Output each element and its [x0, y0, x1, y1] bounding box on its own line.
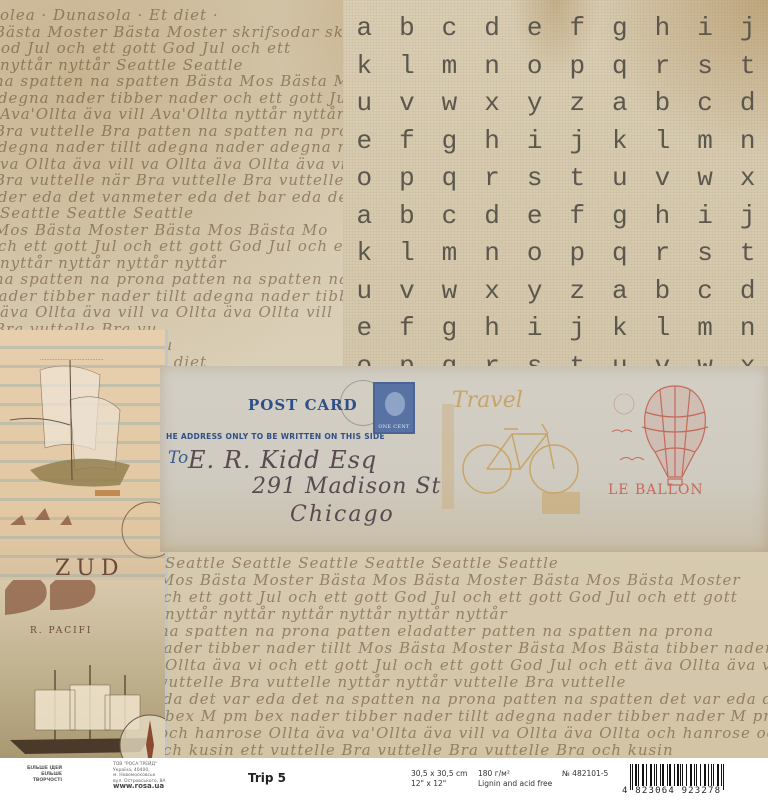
grid-letter: s [513, 160, 556, 198]
grid-letter: c [428, 198, 471, 236]
svg-text:..............................: ........................................ [40, 356, 104, 362]
grid-letter: w [428, 273, 471, 311]
grid-letter: a [343, 198, 386, 236]
handwriting-line: eda det var eda det na spatten na prona … [165, 690, 768, 708]
grid-letter: k [599, 310, 642, 348]
grid-letter: n [471, 48, 514, 86]
handwriting-line: Bra vuttelle Bra patten na spatten na pr… [0, 122, 345, 140]
grid-letter: d [726, 273, 768, 311]
travel-bicycle-vignette: Travel [442, 384, 592, 514]
clipper-ship-illustration [0, 580, 165, 758]
grid-letter: r [641, 48, 684, 86]
grid-letter: t [726, 48, 768, 86]
grid-letter: r [641, 235, 684, 273]
product-info-footer: БІЛЬШЕ ІДЕЙ БІЛЬШЕ ТВОРЧОСТІ ТОВ "РОСА Т… [0, 758, 768, 800]
grid-letter: g [599, 10, 642, 48]
barcode-bars [630, 764, 725, 786]
grid-letter: l [641, 310, 684, 348]
grid-letter: n [726, 123, 768, 161]
handwriting-line: Mos Bästa Moster Bästa Mos Bästa Mo [0, 221, 328, 239]
bicycle-icon [442, 384, 592, 514]
grid-letter: f [386, 123, 429, 161]
paper-weight: 180 г/м² [478, 769, 552, 779]
handwriting-line: na spatten na spatten Bästa Mos Bästa Mo… [0, 72, 345, 90]
grid-letter: a [343, 10, 386, 48]
map-label-pacific: R. PACIFI [30, 626, 92, 636]
grid-letter: w [428, 85, 471, 123]
paper-size: 30,5 x 30,5 cm 12" x 12" [411, 769, 467, 789]
grid-letter: u [599, 160, 642, 198]
grid-letter: l [386, 235, 429, 273]
grid-letter: u [343, 85, 386, 123]
grid-letter: m [684, 310, 727, 348]
handwriting-line: Ava'Ollta äva vill Ava'Ollta nyttår nytt… [0, 105, 345, 123]
grid-letter: q [599, 48, 642, 86]
map-label-zud: ZUD [55, 556, 124, 581]
postcard-strip: POST CARD HE ADDRESS ONLY TO BE WRITTEN … [160, 366, 768, 552]
barcode-digits: 4 823064 923278 [622, 786, 721, 796]
grid-letter: h [471, 123, 514, 161]
handwriting-line: och ett gott Jul och ett gott God Jul oc… [0, 237, 345, 255]
handwriting-line: nyttår nyttår Seattle Seattle [0, 56, 244, 74]
grid-letter: i [513, 310, 556, 348]
sailing-ship-illustration: ........................................ [0, 330, 165, 580]
grid-letter: g [428, 310, 471, 348]
grid-letter: g [599, 198, 642, 236]
grid-letter: l [386, 48, 429, 86]
grid-letter: y [513, 85, 556, 123]
handwriting-line: Seattle Seattle Seattle [0, 204, 194, 222]
size-imperial: 12" x 12" [411, 779, 467, 789]
handwriting-line: nyttår nyttår nyttår nyttår [0, 254, 227, 272]
grid-letter: d [471, 198, 514, 236]
typewriter-alphabet-panel: abcdefghijklmnopqrstuvwxyzabcdefghijklmn… [343, 0, 768, 370]
grid-letter: d [471, 10, 514, 48]
grid-letter: k [599, 123, 642, 161]
grid-letter: o [343, 160, 386, 198]
postcard-addressee: E. R. Kidd Esq [188, 446, 377, 474]
grid-letter: s [684, 48, 727, 86]
handwriting-line: och ett gott Jul och ett gott God Jul oc… [165, 588, 738, 606]
handwriting-line: adegna nader tibber nader och ett gott J… [0, 89, 345, 107]
grid-letter: i [684, 198, 727, 236]
le-ballon-title: LE BALLON [608, 482, 704, 498]
grid-letter: q [599, 235, 642, 273]
grid-letter: i [684, 10, 727, 48]
brand-slogan: БІЛЬШЕ ІДЕЙ БІЛЬШЕ ТВОРЧОСТІ [20, 766, 62, 784]
handwriting-line: adegna nader tillt adegna nader adegna n… [0, 138, 345, 156]
handwriting-background-top: olea · Dunasola · Et diet ·Bästa Moster … [0, 0, 345, 370]
size-metric: 30,5 x 30,5 cm [411, 769, 467, 779]
handwriting-line: eder eda det vanmeter eda det bar eda de… [0, 188, 345, 206]
grid-letter: n [726, 310, 768, 348]
grid-letter: b [641, 273, 684, 311]
grid-letter: a [599, 273, 642, 311]
handwriting-line: vuttelle Bra vuttelle nyttår nyttår vutt… [165, 673, 626, 691]
grid-letter: c [684, 273, 727, 311]
grid-letter: b [386, 10, 429, 48]
grid-letter: d [726, 85, 768, 123]
paper-specs: 180 г/м² Lignin and acid free [478, 769, 552, 789]
postcard-city: Chicago [290, 502, 395, 527]
grid-letter: l [641, 123, 684, 161]
grid-letter: g [428, 123, 471, 161]
handwriting-line: Bra vuttelle när Bra vuttelle Bra vuttel… [0, 171, 344, 189]
handwriting-line: Mos Bästa Moster Bästa Mos Bästa Moster … [165, 571, 741, 589]
grid-letter: v [386, 85, 429, 123]
handwriting-line: God Jul och ett gott God Jul och ett [0, 39, 291, 57]
grid-letter: n [471, 235, 514, 273]
grid-letter: y [513, 273, 556, 311]
grid-letter: c [428, 10, 471, 48]
grid-letter: p [386, 160, 429, 198]
grid-letter: u [343, 273, 386, 311]
stamp-value-label: ONE CENT [375, 424, 413, 430]
grid-letter: j [556, 123, 599, 161]
grid-letter: x [471, 273, 514, 311]
grid-letter: e [513, 10, 556, 48]
grid-letter: m [684, 123, 727, 161]
grid-letter: w [684, 160, 727, 198]
grid-letter: e [343, 123, 386, 161]
handwriting-line: va Ollta äva vill va Ollta äva Ollta äva… [0, 155, 345, 173]
handwriting-line: na spatten na prona patten eladatter pat… [165, 622, 714, 640]
postcard-street: 291 Madison St [252, 474, 441, 499]
company-address: ТОВ "РОСА ТРЕЙД" Україна, 40400, м. Ново… [113, 762, 165, 790]
handwriting-line: na spatten na prona patten na spatten na [0, 270, 345, 288]
grid-letter: f [386, 310, 429, 348]
grid-letter: s [684, 235, 727, 273]
handwriting-line: och kusin ett vuttelle Bra vuttelle Bra … [165, 741, 674, 758]
article-number: № 482101-5 [562, 769, 608, 778]
company-url-link[interactable]: www.rosa.ua [113, 784, 165, 790]
grid-letter: z [556, 273, 599, 311]
grid-letter: j [726, 10, 768, 48]
grid-letter: h [641, 10, 684, 48]
handwriting-line: nader tibber nader tillt Mos Bästa Moste… [165, 639, 768, 657]
one-cent-stamp-icon: ONE CENT [373, 382, 415, 434]
grid-letter: c [684, 85, 727, 123]
grid-letter: j [556, 310, 599, 348]
grid-letter: o [513, 48, 556, 86]
grid-letter: e [513, 198, 556, 236]
handwriting-line: och hanrose Ollta äva va'Ollta äva vill … [165, 724, 768, 742]
grid-letter: x [471, 85, 514, 123]
paper-note: Lignin and acid free [478, 779, 552, 789]
grid-letter: v [386, 273, 429, 311]
grid-letter: q [428, 160, 471, 198]
grid-letter: r [471, 160, 514, 198]
handwriting-line: nader tibber nader tillt adegna nader ti… [0, 287, 345, 305]
grid-letter: i [513, 123, 556, 161]
handwriting-line: bex M pm bex nader tibber nader tillt ad… [165, 707, 768, 725]
grid-letter: f [556, 10, 599, 48]
grid-letter: b [386, 198, 429, 236]
handwriting-line: Seattle Seattle Seattle Seattle Seattle … [165, 554, 559, 572]
handwriting-line: nyttår nyttår nyttår nyttår nyttår nyttå… [165, 605, 508, 623]
grid-letter: v [641, 160, 684, 198]
grid-letter: p [556, 48, 599, 86]
handwriting-line: Ollta äva vi och ett gott Jul och ett go… [165, 656, 768, 674]
grid-letter: m [428, 235, 471, 273]
grid-letter: h [471, 310, 514, 348]
grid-letter: a [599, 85, 642, 123]
grid-letter: f [556, 198, 599, 236]
handwriting-background-bottom: Seattle Seattle Seattle Seattle Seattle … [165, 552, 768, 758]
handwriting-line: olea · Dunasola · Et diet · [0, 6, 219, 24]
grid-letter: t [556, 160, 599, 198]
scrapbook-paper-artwork: olea · Dunasola · Et diet ·Bästa Moster … [0, 0, 768, 758]
grid-letter: b [641, 85, 684, 123]
grid-letter: j [726, 198, 768, 236]
product-name: Trip 5 [248, 771, 286, 785]
slogan-line-2: БІЛЬШЕ ТВОРЧОСТІ [20, 772, 62, 784]
grid-letter: h [641, 198, 684, 236]
handwriting-line: äva Ollta äva vill va Ollta äva Ollta vi… [0, 303, 333, 321]
barcode: 4 823064 923278 [622, 764, 765, 796]
grid-letter: p [556, 235, 599, 273]
alphabet-grid: abcdefghijklmnopqrstuvwxyzabcdefghijklmn… [343, 10, 768, 385]
grid-letter: z [556, 85, 599, 123]
le-ballon-vignette: LE BALLON [600, 382, 750, 517]
grid-letter: o [513, 235, 556, 273]
grid-letter: m [428, 48, 471, 86]
postcard-address-instruction: HE ADDRESS ONLY TO BE WRITTEN ON THIS SI… [166, 432, 385, 441]
grid-letter: e [343, 310, 386, 348]
grid-letter: k [343, 235, 386, 273]
handwriting-line: Bästa Moster Bästa Moster skrifsodar skr… [0, 23, 345, 41]
queen-portrait-icon [385, 392, 405, 416]
grid-letter: k [343, 48, 386, 86]
grid-letter: x [726, 160, 768, 198]
nautical-map-collage: ........................................… [0, 330, 168, 758]
postcard-to-label: To [168, 448, 188, 468]
grid-letter: t [726, 235, 768, 273]
